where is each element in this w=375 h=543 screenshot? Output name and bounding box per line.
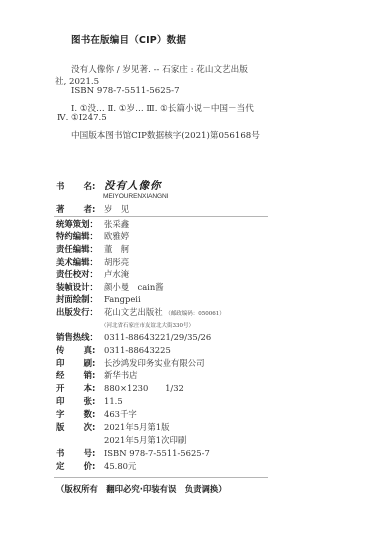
publisher-row: 出版发行：花山文艺出版社 （邮政编码：050061） (56, 306, 225, 318)
detail-value: 0311-88643221/29/35/26 (104, 332, 211, 342)
colon: : (92, 203, 95, 215)
detail-value: ISBN 978-7-5511-5625-7 (104, 448, 210, 458)
credit-row: 责任校对：卢水淹 (56, 268, 129, 280)
credit-label: 封面绘制： (56, 293, 104, 305)
detail-row: 字数:463千字 (56, 408, 137, 420)
detail-row: 开本:880×1230 1/32 (56, 382, 184, 394)
cip-line: 中国版本图书馆CIP数据核字(2021)第056168号 (71, 129, 260, 141)
credit-value: 张采鑫 (104, 219, 129, 229)
publisher-name: 花山文艺出版社 (104, 307, 163, 317)
detail-row: 经销:新华书店 (56, 369, 138, 381)
credit-row: 特约编辑：欧雅婷 (56, 230, 129, 242)
detail-value: 新华书店 (104, 370, 138, 380)
detail-value: 2021年5月第1版 (104, 422, 169, 432)
credit-row: 美术编辑：胡彤亮 (56, 256, 129, 268)
credit-value: 颜小曼 cain酱 (104, 282, 164, 292)
detail-row: 书号:ISBN 978-7-5511-5625-7 (56, 447, 210, 459)
detail-row: 定价:45.80元 (56, 460, 136, 472)
credit-label: 责任校对： (56, 268, 104, 280)
divider-top (54, 216, 268, 217)
cip-line: Ⅳ. ①I247.5 (57, 113, 107, 123)
detail-value: 880×1230 1/32 (104, 383, 184, 393)
credit-label: 装帧设计： (56, 281, 104, 293)
title-row: 书 名 : 没有人像你 (56, 180, 162, 192)
detail-row: 印刷:长沙鸿发印务实业有限公司 (56, 357, 205, 369)
label-part: 者 (84, 203, 92, 215)
author-row: 著 者 : 岁 见 (56, 203, 129, 215)
publisher-address: （河北省石家庄市友谊北大街330号） (101, 321, 194, 329)
detail-row: 版次:2021年5月第1版 (56, 421, 169, 433)
cip-line: 没有人像你 / 岁见著. -- 石家庄 : 花山文艺出版 (71, 63, 248, 75)
detail-value: 11.5 (104, 396, 123, 406)
credit-value: Fangpeii (104, 294, 141, 304)
detail-value: 45.80元 (104, 461, 136, 471)
label-part: 书 (56, 180, 64, 192)
publisher-postcode: （邮政编码：050061） (165, 311, 225, 317)
credit-row: 封面绘制：Fangpeii (56, 293, 141, 305)
detail-value: 2021年5月第1次印刷 (104, 435, 186, 445)
detail-value: 463千字 (104, 409, 137, 419)
credit-label: 责任编辑： (56, 243, 104, 255)
credit-value: 董 舸 (104, 244, 129, 254)
cip-line: ISBN 978-7-5511-5625-7 (71, 86, 180, 96)
credit-label: 统筹策划： (56, 218, 104, 230)
credit-label: 美术编辑： (56, 256, 104, 268)
detail-value: 长沙鸿发印务实业有限公司 (104, 358, 205, 368)
detail-row: 销售热线：0311-88643221/29/35/26 (56, 331, 211, 343)
book-title: 没有人像你 (104, 180, 162, 192)
publisher-label: 出版发行： (56, 306, 104, 318)
detail-row: 印张:11.5 (56, 395, 123, 407)
detail-row: 传真:0311-88643225 (56, 344, 171, 356)
title-pinyin: MEIYOURENXIANGNI (103, 193, 168, 200)
credit-row: 责任编辑：董 舸 (56, 243, 129, 255)
label-part: 名 (84, 180, 92, 192)
author-value: 岁 见 (104, 204, 129, 214)
cip-heading: 图书在版编目（CIP）数据 (71, 32, 186, 46)
credit-value: 卢水淹 (104, 269, 129, 279)
copyright-notice: （版权所有 翻印必究·印装有误 负责调换） (56, 483, 227, 495)
credit-value: 欧雅婷 (104, 231, 129, 241)
detail-label: 销售热线： (56, 331, 104, 343)
divider-bottom (54, 477, 268, 478)
colon: : (92, 180, 95, 192)
detail-value: 0311-88643225 (104, 345, 171, 355)
credit-row: 装帧设计：颜小曼 cain酱 (56, 281, 164, 293)
credit-label: 特约编辑： (56, 230, 104, 242)
credit-row: 统筹策划：张采鑫 (56, 218, 129, 230)
detail-row-continued: 2021年5月第1次印刷 (104, 434, 186, 446)
label-part: 著 (56, 203, 64, 215)
credit-value: 胡彤亮 (104, 257, 129, 267)
